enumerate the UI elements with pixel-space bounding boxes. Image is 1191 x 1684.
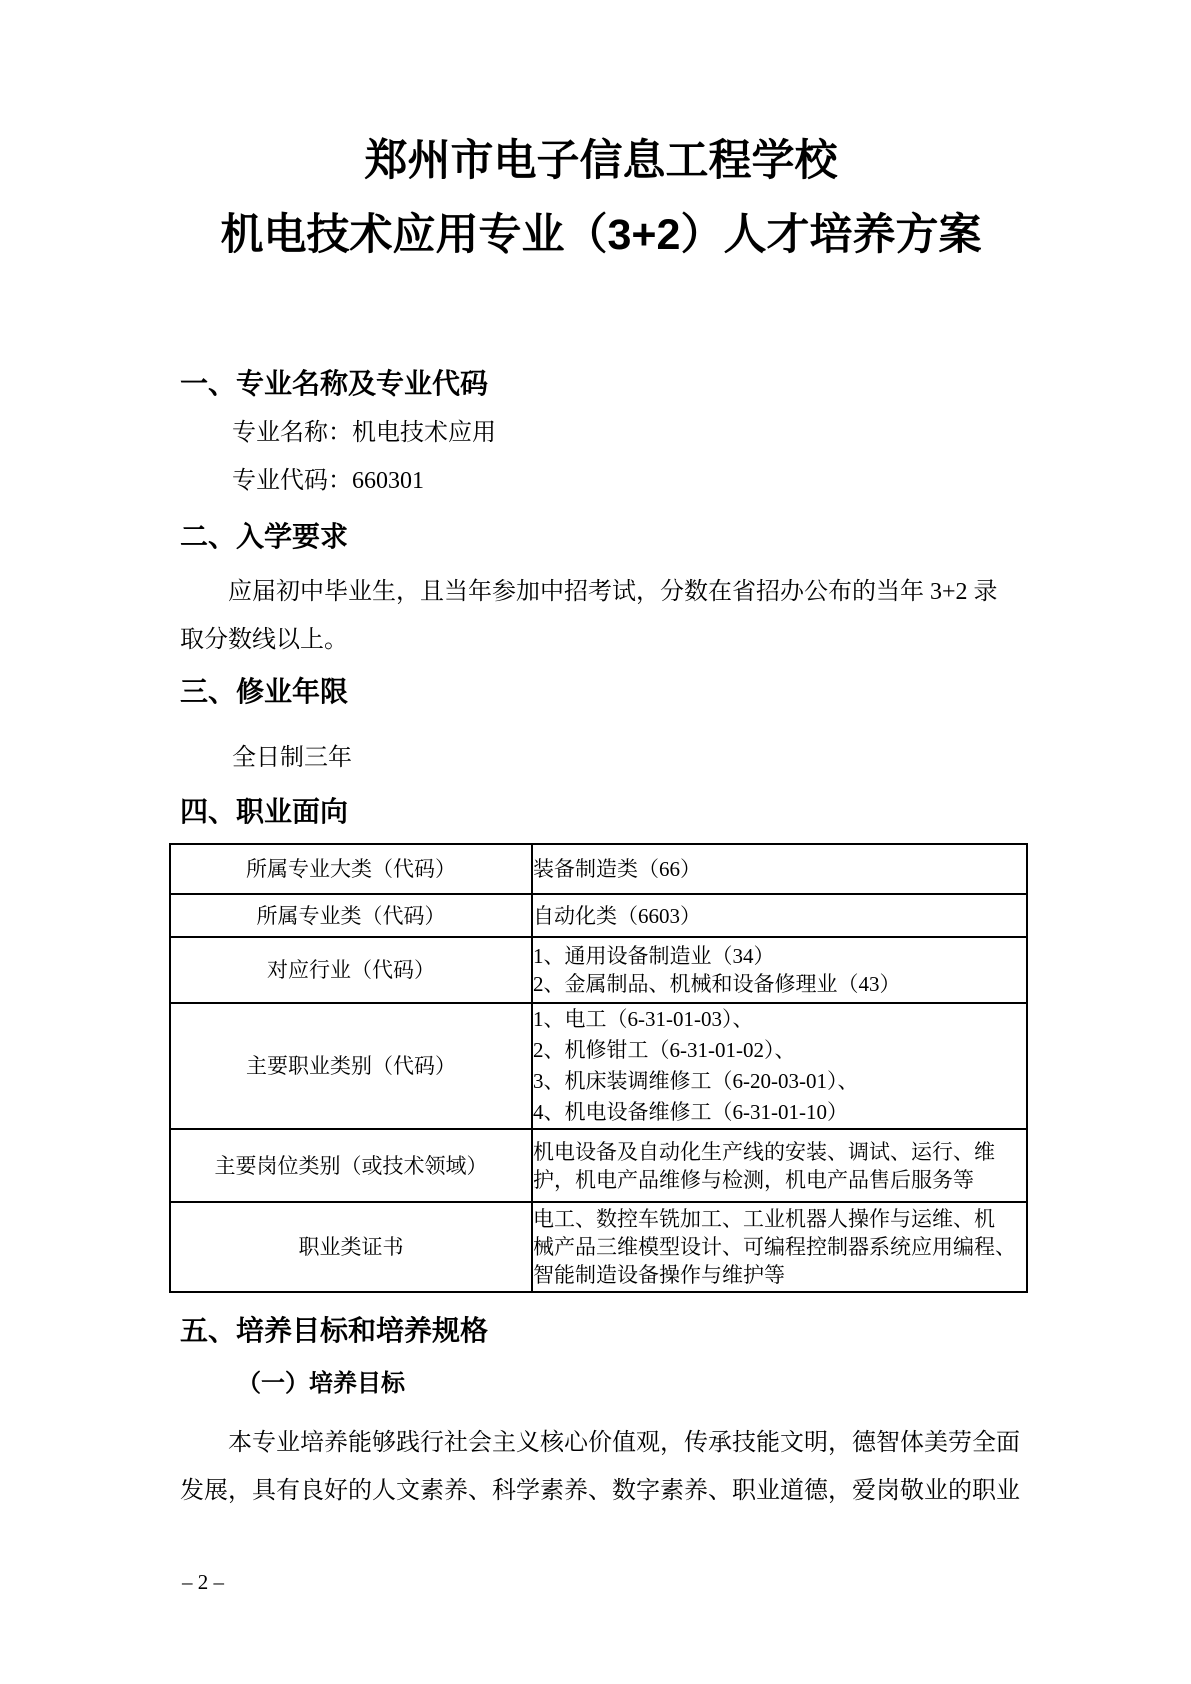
section-heading-admission: 二、入学要求 bbox=[180, 517, 1022, 557]
table-row: 主要岗位类别（或技术领域） 机电设备及自动化生产线的安装、调试、运行、维 护，机… bbox=[170, 1129, 1027, 1202]
admission-paragraph: 应届初中毕业生，且当年参加中招考试，分数在省招办公布的当年 3+2 录 取分数线… bbox=[180, 568, 1022, 664]
subsection-heading-training-goal: （一）培养目标 bbox=[180, 1360, 1022, 1408]
table-row: 所属专业大类（代码） 装备制造类（66） bbox=[170, 844, 1027, 894]
major-code-line: 专业代码：660301 bbox=[180, 457, 1022, 505]
row-value: 机电设备及自动化生产线的安装、调试、运行、维 护，机电产品维修与检测，机电产品售… bbox=[532, 1129, 1027, 1202]
row-value: 电工、数控车铣加工、工业机器人操作与运维、机 械产品三维模型设计、可编程控制器系… bbox=[532, 1202, 1027, 1292]
page-number: – 2 – bbox=[182, 1568, 224, 1596]
page-content: 郑州市电子信息工程学校 机电技术应用专业（3+2）人才培养方案 一、专业名称及专… bbox=[0, 0, 1191, 1515]
duration-line: 全日制三年 bbox=[180, 734, 1022, 782]
training-goal-line-2: 发展，具有良好的人文素养、科学素养、数字素养、职业道德，爱岗敬业的职业 bbox=[180, 1467, 1022, 1515]
row-label: 主要岗位类别（或技术领域） bbox=[170, 1129, 532, 1202]
section-heading-major-name-code: 一、专业名称及专业代码 bbox=[180, 364, 1022, 404]
section-heading-career: 四、职业面向 bbox=[180, 792, 1022, 832]
title-line-2: 机电技术应用专业（3+2）人才培养方案 bbox=[180, 198, 1022, 272]
career-orientation-table: 所属专业大类（代码） 装备制造类（66） 所属专业类（代码） 自动化类（6603… bbox=[169, 843, 1028, 1293]
row-label: 主要职业类别（代码） bbox=[170, 1003, 532, 1129]
admission-line-1: 应届初中毕业生，且当年参加中招考试，分数在省招办公布的当年 3+2 录 bbox=[180, 568, 1022, 616]
row-label: 所属专业类（代码） bbox=[170, 894, 532, 937]
row-value: 自动化类（6603） bbox=[532, 894, 1027, 937]
table-row: 所属专业类（代码） 自动化类（6603） bbox=[170, 894, 1027, 937]
row-value: 1、通用设备制造业（34） 2、金属制品、机械和设备修理业（43） bbox=[532, 937, 1027, 1003]
row-value: 装备制造类（66） bbox=[532, 844, 1027, 894]
section-heading-training-goals: 五、培养目标和培养规格 bbox=[180, 1311, 1022, 1351]
row-value: 1、电工（6-31-01-03）、 2、机修钳工（6-31-01-02）、 3、… bbox=[532, 1003, 1027, 1129]
training-goal-line-1: 本专业培养能够践行社会主义核心价值观，传承技能文明，德智体美劳全面 bbox=[180, 1419, 1022, 1467]
major-name-line: 专业名称：机电技术应用 bbox=[180, 409, 1022, 457]
document-title: 郑州市电子信息工程学校 机电技术应用专业（3+2）人才培养方案 bbox=[180, 0, 1022, 272]
document-page: 郑州市电子信息工程学校 机电技术应用专业（3+2）人才培养方案 一、专业名称及专… bbox=[0, 0, 1191, 1684]
table-row: 主要职业类别（代码） 1、电工（6-31-01-03）、 2、机修钳工（6-31… bbox=[170, 1003, 1027, 1129]
title-line-1: 郑州市电子信息工程学校 bbox=[180, 124, 1022, 198]
section-heading-duration: 三、修业年限 bbox=[180, 672, 1022, 712]
row-label: 对应行业（代码） bbox=[170, 937, 532, 1003]
row-label: 职业类证书 bbox=[170, 1202, 532, 1292]
major-info-block: 专业名称：机电技术应用 专业代码：660301 bbox=[180, 409, 1022, 505]
table-row: 职业类证书 电工、数控车铣加工、工业机器人操作与运维、机 械产品三维模型设计、可… bbox=[170, 1202, 1027, 1292]
row-label: 所属专业大类（代码） bbox=[170, 844, 532, 894]
training-goal-paragraph: 本专业培养能够践行社会主义核心价值观，传承技能文明，德智体美劳全面 发展，具有良… bbox=[180, 1419, 1022, 1515]
table-row: 对应行业（代码） 1、通用设备制造业（34） 2、金属制品、机械和设备修理业（4… bbox=[170, 937, 1027, 1003]
admission-line-2: 取分数线以上。 bbox=[180, 616, 1022, 664]
